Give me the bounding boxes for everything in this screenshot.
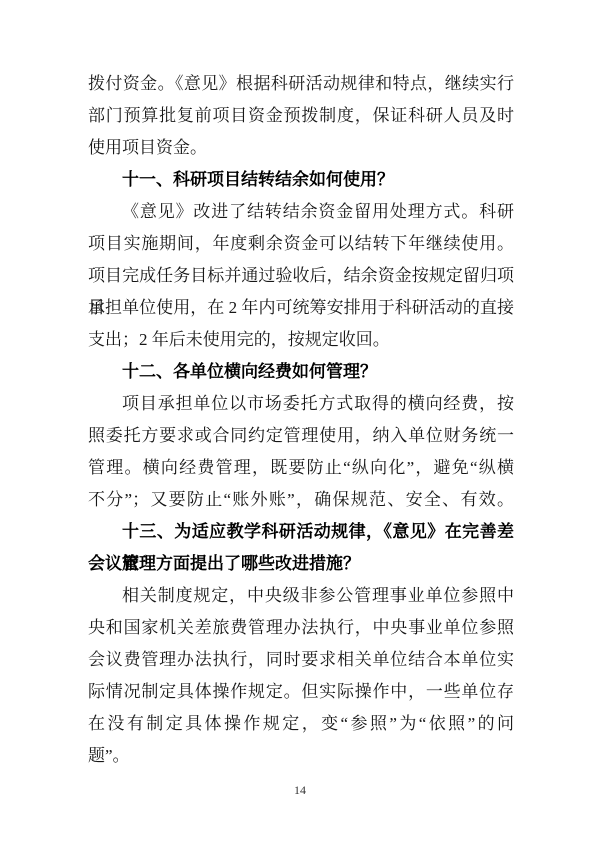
body-line: 照委托方要求或合同约定管理使用，纳入单位财务统一 — [88, 420, 514, 452]
heading-line: 十三、为适应教学科研活动规律，《意见》在完善差旅 — [88, 516, 514, 548]
page-number: 14 — [0, 783, 600, 798]
body-line: 拨付资金。《意见》根据科研活动规律和特点，继续实行 — [88, 68, 514, 100]
body-line: 支出；2 年后未使用完的，按规定收回。 — [88, 324, 514, 356]
body-line: 际情况制定具体操作规定。但实际操作中，一些单位存 — [88, 676, 514, 708]
body-line: 《意见》改进了结转结余资金留用处理方式。科研 — [88, 196, 514, 228]
body-line: 项目完成任务目标并通过验收后，结余资金按规定留归项目 — [88, 260, 514, 292]
body-line: 管理。横向经费管理，既要防止“纵向化”，避免“纵横 — [88, 452, 514, 484]
heading-line: 十二、各单位横向经费如何管理？ — [88, 356, 514, 388]
body-line: 题”。 — [88, 740, 514, 772]
body-line: 在没有制定具体操作规定，变“参照”为“依照”的问 — [88, 708, 514, 740]
body-line: 使用项目资金。 — [88, 132, 514, 164]
body-line: 央和国家机关差旅费管理办法执行，中央事业单位参照 — [88, 612, 514, 644]
body-line: 承担单位使用，在 2 年内可统筹安排用于科研活动的直接 — [88, 292, 514, 324]
body-line: 会议费管理办法执行，同时要求相关单位结合本单位实 — [88, 644, 514, 676]
body-line: 项目承担单位以市场委托方式取得的横向经费，按 — [88, 388, 514, 420]
body-line: 部门预算批复前项目资金预拨制度，保证科研人员及时 — [88, 100, 514, 132]
heading-line: 十一、科研项目结转结余如何使用？ — [88, 164, 514, 196]
body-line: 相关制度规定，中央级非参公管理事业单位参照中 — [88, 580, 514, 612]
document-page: 拨付资金。《意见》根据科研活动规律和特点，继续实行部门预算批复前项目资金预拨制度… — [0, 0, 600, 848]
body-line: 项目实施期间，年度剩余资金可以结转下年继续使用。 — [88, 228, 514, 260]
body-line: 不分”；又要防止“账外账”，确保规范、安全、有效。 — [88, 484, 514, 516]
heading-line: 会议管理方面提出了哪些改进措施？ — [88, 548, 514, 580]
document-text-block: 拨付资金。《意见》根据科研活动规律和特点，继续实行部门预算批复前项目资金预拨制度… — [88, 68, 514, 772]
